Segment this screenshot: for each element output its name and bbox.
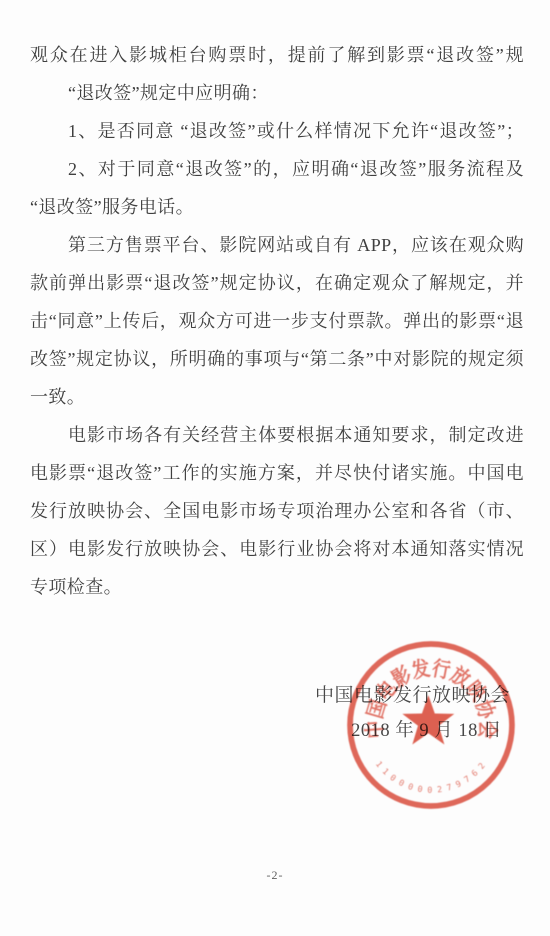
document-line: 一致。 [30,378,524,416]
official-seal: 中国电影发行放映协会 1100000279762 [343,637,519,813]
document-page: 观众在进入影城柜台购票时，提前了解到影票“退改签”规定。“退改签”规定中应明确：… [0,0,550,936]
document-line: 电影票“退改签”工作的实施方案，并尽快付诸实施。中国电影 [30,454,524,492]
document-line: 区）电影发行放映协会、电影行业协会将对本通知落实情况进行 [30,530,524,568]
document-line: “退改签”规定中应明确： [30,74,524,112]
document-line: 改签”规定协议，所明确的事项与“第二条”中对影院的规定须 [30,340,524,378]
star-icon [402,695,454,744]
document-body: 观众在进入影城柜台购票时，提前了解到影票“退改签”规定。“退改签”规定中应明确：… [30,36,524,606]
document-line: 观众在进入影城柜台购票时，提前了解到影票“退改签”规定。 [30,36,524,74]
document-line: 发行放映协会、全国电影市场专项治理办公室和各省（市、自治 [30,492,524,530]
document-line: 款前弹出影票“退改签”规定协议，在确定观众了解规定，并点 [30,264,524,302]
seal-serial-number: 1100000279762 [374,759,487,795]
document-line: “退改签”服务电话。 [30,188,524,226]
page-number: -2- [0,868,550,883]
document-line: 1、是否同意 “退改签”或什么样情况下允许“退改签”； [30,112,524,150]
document-line: 专项检查。 [30,568,524,606]
document-line: 电影市场各有关经营主体要根据本通知要求，制定改进完善 [30,416,524,454]
document-line: 击“同意”上传后，观众方可进一步支付票款。弹出的影票“退 [30,302,524,340]
document-line: 第三方售票平台、影院网站或自有 APP，应该在观众购票付 [30,226,524,264]
document-line: 2、对于同意“退改签”的，应明确“退改签”服务流程及 [30,150,524,188]
